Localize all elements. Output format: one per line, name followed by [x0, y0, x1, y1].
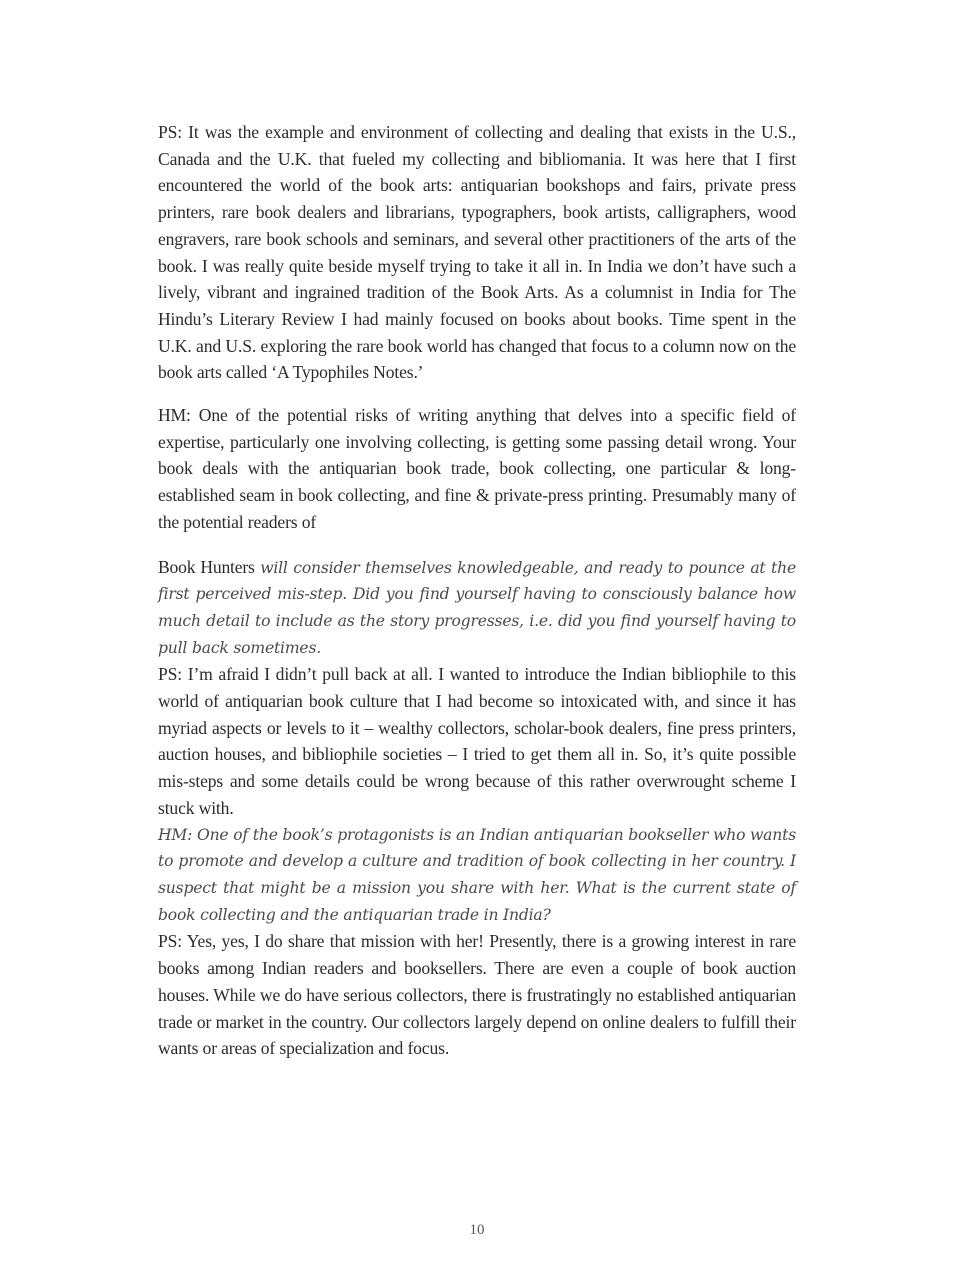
question-paragraph-hm-continuation: Book Hunters will consider themselves kn… — [158, 554, 796, 662]
document-page: PS: It was the example and environment o… — [158, 119, 796, 1062]
question-paragraph-hm-protagonist: HM: One of the book’s protagonists is an… — [158, 822, 796, 929]
question-continuation-text: will consider themselves knowledgeable, … — [158, 559, 796, 657]
page-number: 10 — [0, 1222, 954, 1239]
book-title-book-hunters: Book Hunters — [158, 557, 255, 577]
question-paragraph-hm-risks: HM: One of the potential risks of writin… — [158, 402, 796, 536]
answer-paragraph-ps-mission: PS: Yes, yes, I do share that mission wi… — [158, 928, 796, 1062]
answer-paragraph-ps-book-arts: PS: It was the example and environment o… — [158, 119, 796, 386]
answer-paragraph-ps-pull-back: PS: I’m afraid I didn’t pull back at all… — [158, 661, 796, 821]
